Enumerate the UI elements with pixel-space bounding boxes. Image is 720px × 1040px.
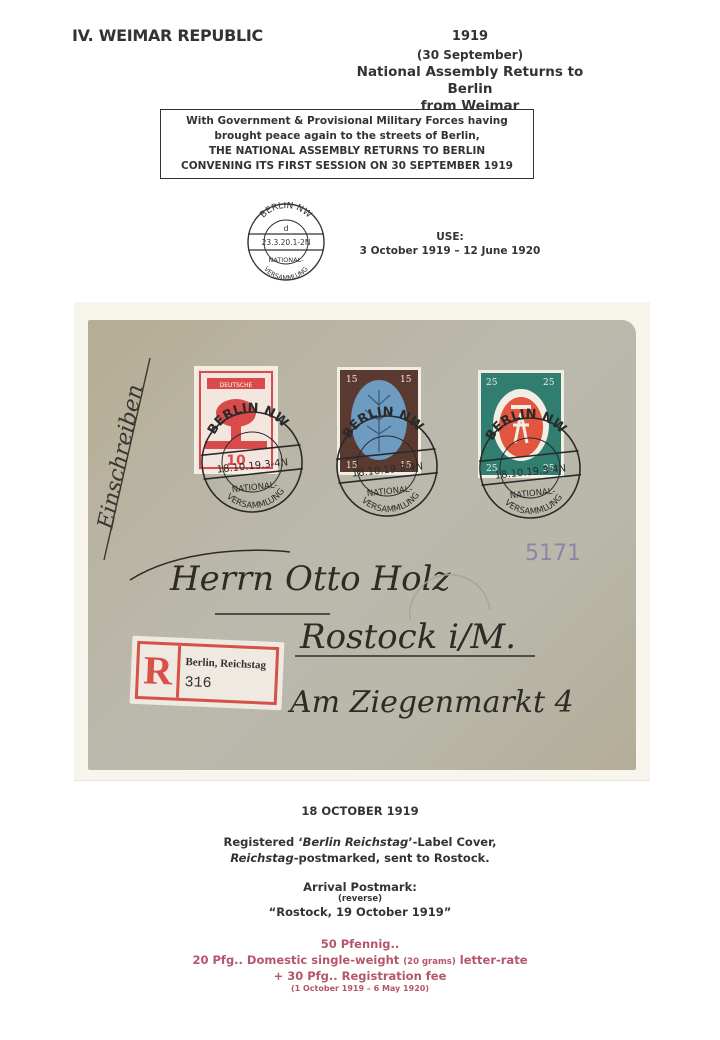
svg-text:BERLIN NW: BERLIN NW (259, 202, 314, 220)
rate-letter: 20 Pfg.. Domestic single-weight (20 gram… (120, 953, 600, 967)
rate-letter-weight: (20 grams) (403, 957, 456, 967)
cover-date: 18 OCTOBER 1919 (160, 804, 560, 818)
stamp-25-pfennig: 25 25 25 25 (478, 370, 564, 478)
specimen-postmark-icon: BERLIN NW d 23.3.20.1-2N NATIONAL- VERSA… (246, 202, 326, 282)
rate-total: 50 Pfennig.. (120, 937, 600, 951)
desc-mid: ’-Label Cover, (408, 835, 496, 849)
svg-text:NATIONAL-: NATIONAL- (269, 256, 305, 264)
svg-text:15: 15 (346, 461, 358, 471)
heading-date-note: (30 September) (370, 48, 570, 62)
desc-pre: Registered ‘ (224, 835, 303, 849)
stamp-10-pfennig: DEUTSCHE 10 (194, 366, 278, 474)
intro-box: With Government & Provisional Military F… (160, 109, 534, 179)
usage-period: USE: 3 October 1919 – 12 June 1920 (340, 230, 560, 258)
heading-title: National Assembly Returns to Berlin from… (340, 64, 600, 115)
svg-text:25: 25 (543, 378, 555, 388)
intro-line-3: THE NATIONAL ASSEMBLY RETURNS TO BERLIN (161, 144, 533, 159)
svg-text:15: 15 (346, 375, 358, 385)
intro-line-2: brought peace again to the streets of Be… (161, 129, 533, 144)
intro-line-1: With Government & Provisional Military F… (161, 114, 533, 129)
svg-text:25: 25 (543, 464, 555, 474)
desc-italic-2: Reichstag (230, 851, 293, 865)
svg-text:15: 15 (400, 461, 412, 471)
arrival-note: (reverse) (160, 894, 560, 905)
svg-text:10: 10 (226, 453, 246, 469)
svg-text:23.3.20.1-2N: 23.3.20.1-2N (262, 238, 311, 247)
registration-office: Berlin, Reichstag (185, 656, 266, 672)
cover-description: Registered ‘Berlin Reichstag’-Label Cove… (160, 834, 560, 866)
page-heading: 1919 (30 September) National Assembly Re… (370, 29, 570, 115)
rate-letter-post: letter-rate (460, 953, 528, 967)
heading-year: 1919 (370, 29, 570, 44)
svg-text:DEUTSCHE: DEUTSCHE (220, 382, 253, 389)
arrival-label: Arrival Postmark: (160, 880, 560, 894)
usage-label: USE: (340, 230, 560, 244)
usage-dates: 3 October 1919 – 12 June 1920 (340, 244, 560, 258)
registration-letter: R (138, 644, 181, 698)
stamp-15-pfennig: 15 15 15 15 (337, 367, 421, 475)
arrival-value: “Rostock, 19 October 1919” (160, 905, 560, 919)
svg-text:25: 25 (486, 378, 498, 388)
section-title: IV. WEIMAR REPUBLIC (72, 26, 263, 45)
arrival-postmark: Arrival Postmark: (reverse) “Rostock, 19… (160, 880, 560, 919)
rate-letter-pre: 20 Pfg.. Domestic single-weight (193, 953, 400, 967)
rate-period: (1 October 1919 – 6 May 1920) (120, 984, 600, 993)
svg-text:25: 25 (486, 464, 498, 474)
svg-text:d: d (283, 224, 288, 233)
svg-text:15: 15 (400, 375, 412, 385)
rate-registration-fee: + 30 Pfg.. Registration fee (120, 969, 600, 983)
heading-title-line1: National Assembly Returns to Berlin (340, 64, 600, 98)
intro-line-4: CONVENING ITS FIRST SESSION ON 30 SEPTEM… (161, 159, 533, 174)
svg-text:VERSAMMLUNG: VERSAMMLUNG (262, 265, 309, 282)
desc-italic-1: Berlin Reichstag (303, 835, 409, 849)
registration-label: R Berlin, Reichstag 316 (130, 636, 285, 711)
desc-post: -postmarked, sent to Rostock. (294, 851, 490, 865)
registration-number: 316 (184, 674, 212, 692)
